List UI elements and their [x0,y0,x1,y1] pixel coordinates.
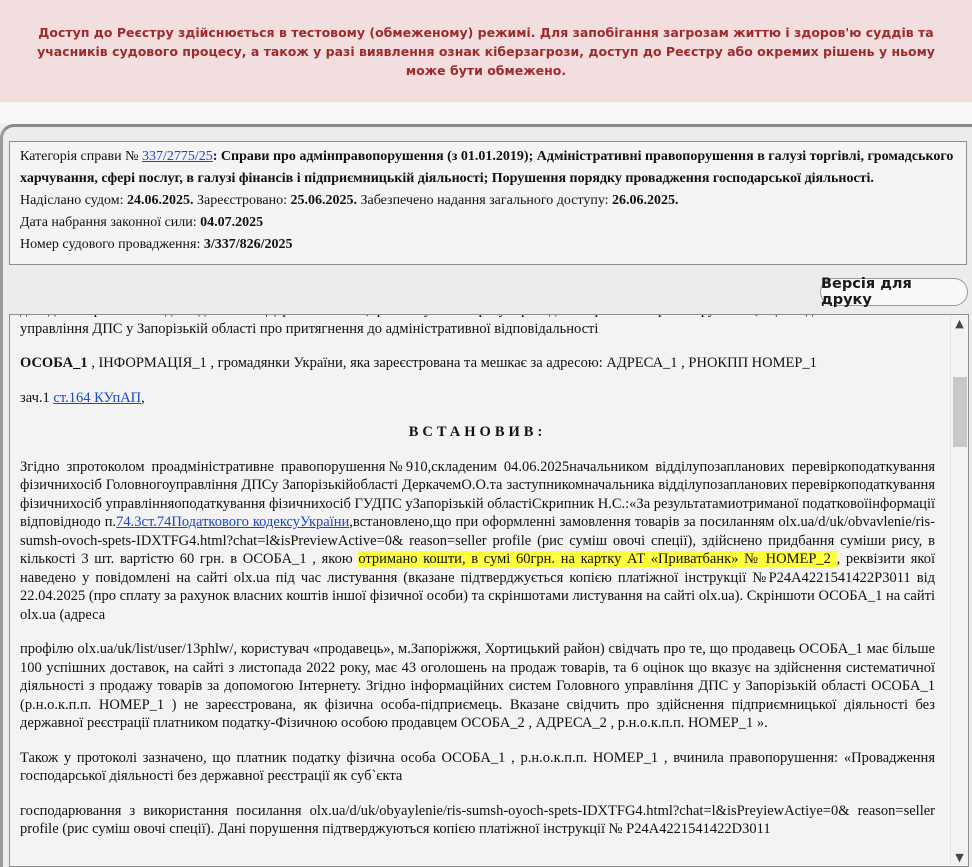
case-number-link[interactable]: 337/2775/25 [142,149,213,164]
warning-banner-text: Доступ до Реєстру здійснюється в тестово… [21,23,951,80]
doc-paragraph: зач.1 ст.164 КУпАП, [20,389,935,408]
proceeding-number: 3/337/826/2025 [204,237,293,252]
doc-paragraph: Згідно зпротоколом проадміністративне пр… [20,458,935,625]
doc-paragraph: до адміністративної відповідальності Дер… [20,314,935,338]
sent-date: 24.06.2025. [127,193,194,208]
document-text: до адміністративної відповідальності Дер… [20,314,935,855]
case-info-box: Категорія справи № 337/2775/25: Справи п… [9,141,967,265]
doc-paragraph: профілю olx.ua/uk/list/user/13phlw/, кор… [20,640,935,733]
case-dates: Надіслано судом: 24.06.2025. Зареєстрова… [20,190,956,212]
effective-date-row: Дата набрання законної сили: 04.07.2025 [20,212,956,234]
document-scrollbar[interactable]: ▲ ▼ [950,315,968,866]
banner-spacer [0,102,972,124]
kupap-article-link[interactable]: ст.164 КУпАП [53,390,141,406]
scroll-up-icon[interactable]: ▲ [951,315,968,332]
access-date: 26.06.2025. [612,193,679,208]
warning-banner: Доступ до Реєстру здійснюється в тестово… [0,0,972,102]
doc-paragraph: Також у протоколі зазначено, що платник … [20,749,935,786]
tax-code-link[interactable]: 74.3ст.74Податкового кодексуУкраїни [116,514,349,530]
doc-paragraph: ОСОБА_1 , ІНФОРМАЦІЯ_1 , громадянки Укра… [20,354,935,373]
print-version-button[interactable]: Версія для друку [820,278,968,306]
proceeding-number-row: Номер судового провадження: 3/337/826/20… [20,234,956,256]
scroll-down-icon[interactable]: ▼ [951,849,968,866]
highlighted-text: отримано кошти, в сумі 60грн. на картку … [358,551,836,567]
document-viewer[interactable]: до адміністративної відповідальності Дер… [9,314,969,867]
effective-date: 04.07.2025 [200,215,263,230]
section-heading: ВСТАНОВИВ: [20,423,935,442]
scrollbar-thumb[interactable] [953,377,967,447]
registered-date: 25.06.2025. [290,193,357,208]
doc-paragraph: господарювання з використання посилання … [20,802,935,839]
case-category: Категорія справи № 337/2775/25: Справи п… [20,146,956,190]
